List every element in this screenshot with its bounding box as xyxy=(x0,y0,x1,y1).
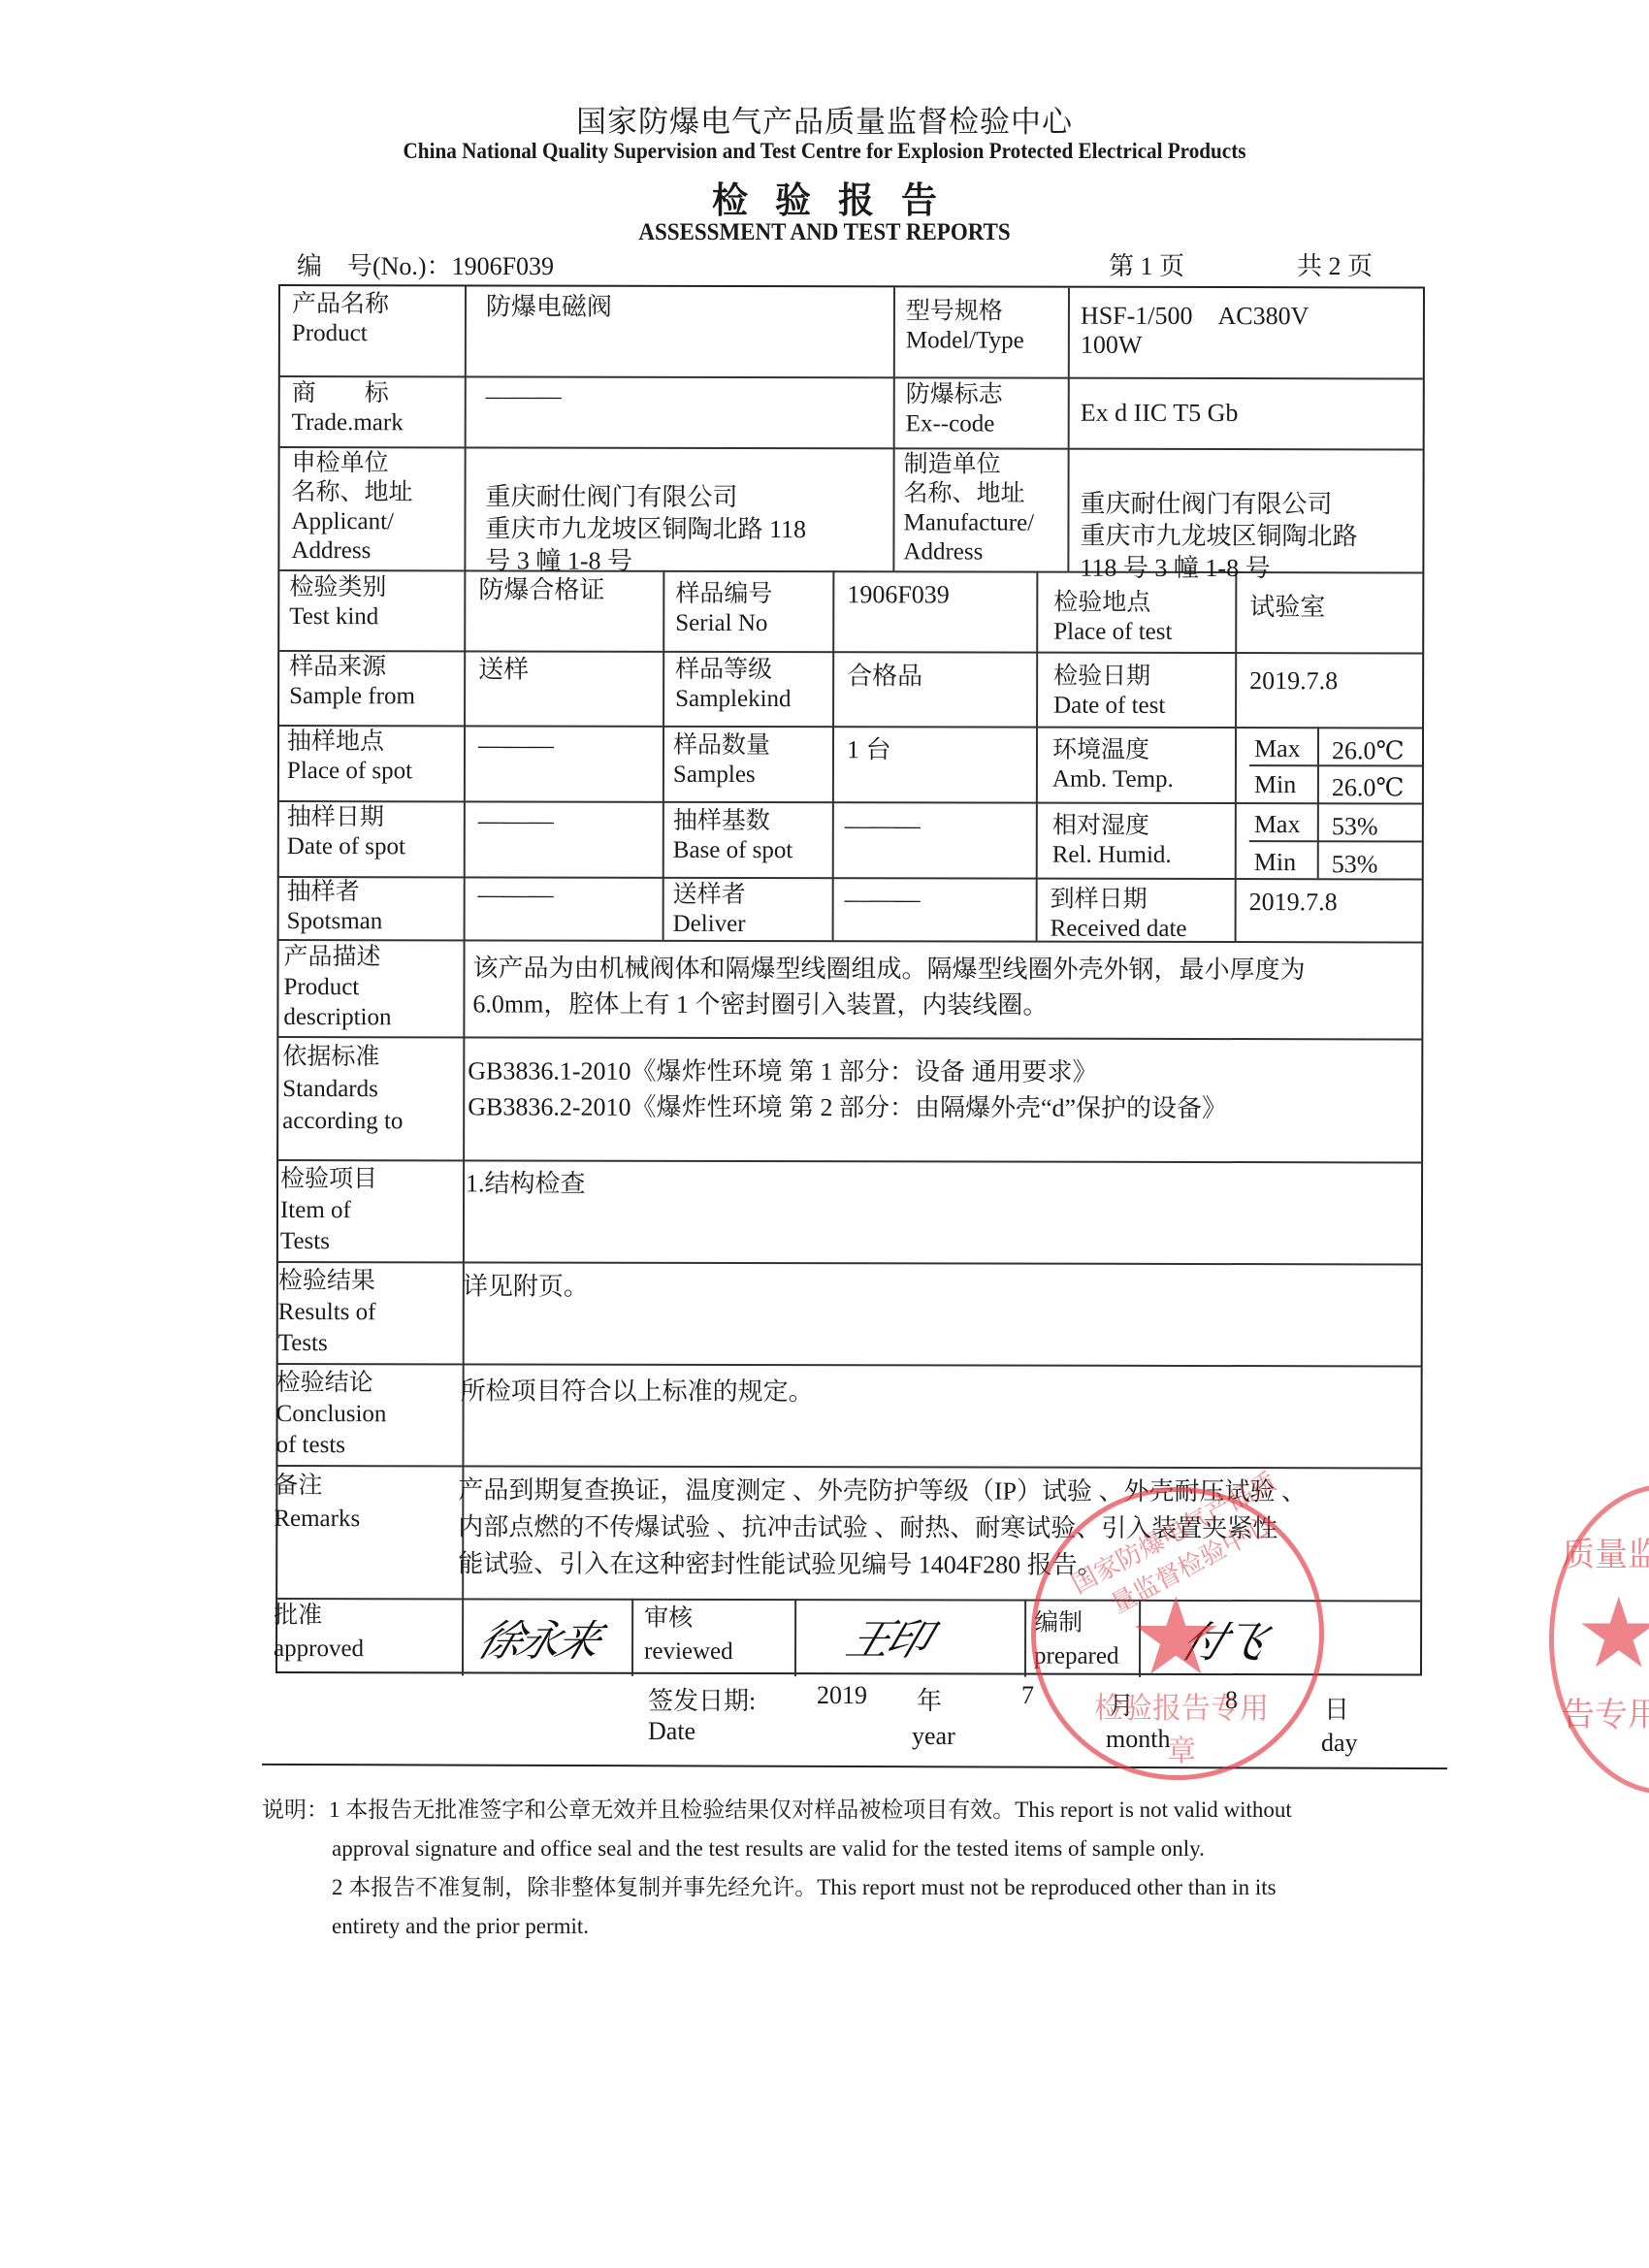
page-number: 第 1 页 xyxy=(1109,246,1184,282)
signature-reviewed: 王印 xyxy=(840,1604,938,1667)
value-manufacturer: 重庆耐仕阀门有限公司重庆市九龙坡区铜陶北路118 号 3 幢 1-8 号 xyxy=(1080,488,1357,585)
label-samples: 样品数量Samples xyxy=(673,731,770,790)
issue-date-year: 2019 xyxy=(817,1681,867,1710)
label-applicant: 申检单位名称、地址Applicant/Address xyxy=(291,449,412,566)
label-standards: 依据标准Standardsaccording to xyxy=(282,1041,403,1137)
value-sample-from: 送样 xyxy=(478,655,529,684)
report-number-label: 编 号(No.)： xyxy=(297,252,452,280)
issue-date-day-en: day xyxy=(1321,1729,1358,1758)
report-table: 产品名称Product 防爆电磁阀 型号规格Model/Type HSF-1/5… xyxy=(275,284,1425,1675)
report-number-value: 1906F039 xyxy=(452,252,554,280)
value-conclusion: 所检项目符合以上标准的规定。 xyxy=(461,1377,814,1407)
value-description: 该产品为由机械阀体和隔爆型线圈组成。隔爆型线圈外壳外钢，最小厚度为6.0mm，腔… xyxy=(472,950,1305,1023)
amb-temp-min: 26.0℃ xyxy=(1332,773,1405,802)
rel-humid-min: 53% xyxy=(1332,850,1378,879)
note-1a: 1 本报告无批准签字和公章无效并且检验结果仅对样品被检项目有效。This rep… xyxy=(329,1798,1292,1822)
value-base-of-spot: ——— xyxy=(845,811,921,840)
value-trademark: ——— xyxy=(486,381,562,410)
label-serial-no: 样品编号Serial No xyxy=(675,580,772,638)
edge-seal-top-text: 质量监 xyxy=(1562,1528,1649,1575)
label-deliver: 送样者Deliver xyxy=(673,881,746,939)
rel-humid-max: 53% xyxy=(1332,812,1378,841)
issue-date-year-cn: 年 xyxy=(917,1681,942,1717)
issue-date-label-en: Date xyxy=(648,1717,695,1746)
signature-approved: 徐永来 xyxy=(471,1605,608,1668)
label-place-of-spot: 抽样地点Place of spot xyxy=(287,728,412,786)
edge-seal: 质量监 ★ 告专用 xyxy=(1549,1484,1649,1795)
value-received-date: 2019.7.8 xyxy=(1249,888,1338,917)
value-applicant: 重庆耐仕阀门有限公司重庆市九龙坡区铜陶北路 118号 3 幢 1-8 号 xyxy=(485,480,806,577)
issue-date-year-en: year xyxy=(912,1722,955,1751)
label-spotsman: 抽样者Spotsman xyxy=(287,878,383,936)
value-serial-no: 1906F039 xyxy=(847,580,950,609)
label-reviewed: 审核reviewed xyxy=(644,1603,733,1669)
rel-humid-min-label: Min xyxy=(1254,848,1296,877)
label-place-of-test: 检验地点Place of test xyxy=(1053,589,1172,647)
label-model: 型号规格Model/Type xyxy=(906,297,1024,355)
value-items: 1.结构检查 xyxy=(466,1169,586,1198)
label-manufacturer: 制造单位名称、地址Manufacture/Address xyxy=(903,450,1034,567)
page-total: 共 2 页 xyxy=(1297,246,1373,282)
label-items: 检验项目Item ofTests xyxy=(280,1164,377,1257)
note-1b: approval signature and office seal and t… xyxy=(262,1830,1426,1868)
notes-label: 说明： xyxy=(262,1798,329,1822)
report-number: 编 号(No.)：1906F039 xyxy=(297,246,554,282)
label-trademark: 商 标Trade.mark xyxy=(292,379,404,437)
label-date-of-spot: 抽样日期Date of spot xyxy=(287,803,405,861)
value-excode: Ex d IIC T5 Gb xyxy=(1081,399,1239,428)
rel-humid-max-label: Max xyxy=(1254,810,1301,839)
amb-temp-min-label: Min xyxy=(1254,770,1296,799)
note-2a: 2 本报告不准复制，除非整体复制并事先经允许。This report must … xyxy=(262,1868,1426,1907)
value-standards: GB3836.1-2010《爆炸性环境 第 1 部分：设备 通用要求》GB383… xyxy=(468,1053,1227,1126)
label-sample-kind: 样品等级Samplekind xyxy=(675,656,792,714)
value-model: HSF-1/500 AC380V100W xyxy=(1081,302,1309,360)
note-2b: entirety and the prior permit. xyxy=(262,1907,1426,1946)
star-icon: ★ xyxy=(1128,1584,1224,1691)
amb-temp-max-label: Max xyxy=(1254,734,1301,763)
official-seal: 国家防爆电气产品质量监督检验中心 ★ 检验报告专用章 xyxy=(1031,1487,1324,1780)
value-place-of-test: 试验室 xyxy=(1249,593,1325,622)
label-conclusion: 检验结论Conclusionof tests xyxy=(275,1368,386,1461)
label-amb-temp: 环境温度Amb. Temp. xyxy=(1052,736,1174,794)
label-product: 产品名称Product xyxy=(292,290,389,348)
org-name-cn: 国家防爆电气产品质量监督检验中心 xyxy=(0,97,1649,141)
issue-date-day-cn: 日 xyxy=(1324,1690,1349,1726)
label-remarks: 备注Remarks xyxy=(274,1470,360,1536)
seal-bottom-text: 检验报告专用章 xyxy=(1084,1684,1278,1769)
value-sample-kind: 合格品 xyxy=(847,662,922,691)
value-deliver: ——— xyxy=(845,885,921,914)
value-test-kind: 防爆合格证 xyxy=(478,575,604,604)
label-received-date: 到样日期Received date xyxy=(1051,886,1187,944)
label-base-of-spot: 抽样基数Base of spot xyxy=(673,807,793,865)
label-sample-from: 样品来源Sample from xyxy=(289,653,415,711)
star-icon: ★ xyxy=(1575,1576,1649,1690)
notes: 说明：1 本报告无批准签字和公章无效并且检验结果仅对样品被检项目有效。This … xyxy=(262,1791,1426,1946)
edge-seal-bottom-text: 告专用 xyxy=(1562,1688,1649,1735)
label-description: 产品描述Productdescription xyxy=(283,942,391,1032)
issue-date-month: 7 xyxy=(1021,1681,1034,1710)
value-product: 防爆电磁阀 xyxy=(486,292,612,321)
label-rel-humid: 相对湿度Rel. Humid. xyxy=(1052,812,1172,870)
value-date-of-spot: ——— xyxy=(478,806,554,835)
value-date-of-test: 2019.7.8 xyxy=(1249,666,1338,696)
label-test-kind: 检验类别Test kind xyxy=(289,573,386,632)
label-approved: 批准approved xyxy=(274,1600,364,1666)
value-spotsman: ——— xyxy=(478,880,554,909)
value-samples: 1 台 xyxy=(847,735,891,764)
report-title-cn: 检验报告 xyxy=(0,171,1649,223)
label-results: 检验结果Results ofTests xyxy=(278,1266,376,1359)
report-title-en: ASSESSMENT AND TEST REPORTS xyxy=(66,219,1583,246)
value-place-of-spot: ——— xyxy=(478,730,554,760)
label-date-of-test: 检验日期Date of test xyxy=(1053,663,1165,721)
issue-date-label-cn: 签发日期: xyxy=(648,1681,756,1717)
org-name-en: China National Quality Supervision and T… xyxy=(66,139,1583,164)
label-excode: 防爆标志Ex--code xyxy=(906,380,1003,438)
value-results: 详见附页。 xyxy=(463,1272,589,1301)
amb-temp-max: 26.0℃ xyxy=(1332,736,1405,765)
